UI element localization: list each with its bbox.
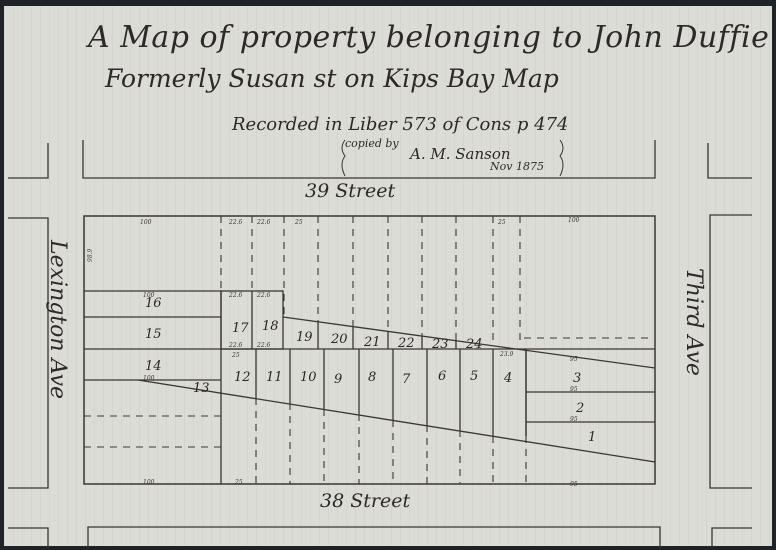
- lot-15-label: 15: [145, 327, 162, 342]
- lot-24-label: 24: [465, 337, 483, 352]
- lot-21-label: 21: [363, 335, 381, 350]
- lot-23-label: 23: [431, 337, 449, 352]
- dim-lot17-top: 22.6: [228, 292, 243, 299]
- dim-lot17-bottom: 22.6: [228, 342, 243, 349]
- dim-bottom-lot: 25: [234, 479, 243, 486]
- lot-4-label: 4: [503, 371, 512, 386]
- lot-10-label: 10: [300, 370, 317, 385]
- dim-west-depth: 98.9: [87, 248, 94, 262]
- copied-by-label: copied by: [345, 137, 399, 150]
- dim-lot4-top: 23.9: [499, 351, 514, 358]
- lot-20-label: 20: [330, 332, 348, 347]
- map-title: A Map of property belonging to John Duff…: [88, 20, 769, 55]
- lot-1-label: 1: [588, 430, 596, 445]
- lot-5-label: 5: [470, 369, 478, 384]
- lot-17-label: 17: [232, 321, 249, 336]
- recording-note: Recorded in Liber 573 of Cons p 474: [232, 114, 569, 135]
- dim-top-b: 22.6: [256, 219, 271, 226]
- dim-lot12-top: 25: [231, 352, 240, 359]
- dim-lot3-depth: 95: [570, 356, 578, 363]
- lot-12-label: 12: [234, 370, 251, 385]
- dim-lot16: 100: [143, 292, 155, 299]
- map-subtitle: Formerly Susan st on Kips Bay Map: [105, 64, 559, 93]
- dim-lot1-depth: 95: [570, 416, 578, 423]
- dim-top-a: 22.6: [228, 219, 243, 226]
- street-label-39th: 39 Street: [305, 180, 395, 202]
- lot-22-label: 22: [397, 336, 415, 351]
- lot-7-label: 7: [402, 372, 411, 387]
- dim-bottom-right: 95: [570, 481, 578, 488]
- dim-top-c: 25: [294, 219, 303, 226]
- dim-lot2-depth: 95: [570, 386, 578, 393]
- dim-lot14: 100: [143, 375, 155, 382]
- lot-8-label: 8: [368, 370, 376, 385]
- dim-lot18-bottom: 22.6: [256, 342, 271, 349]
- dim-lot18-top: 22.6: [256, 292, 271, 299]
- lot-13-label: 13: [193, 381, 210, 396]
- lot-6-label: 6: [438, 369, 446, 384]
- lot-19-label: 19: [296, 330, 313, 345]
- dim-top-right: 100: [568, 217, 580, 224]
- lot-3-label: 3: [573, 371, 581, 386]
- lot-9-label: 9: [334, 372, 342, 387]
- lot-11-label: 11: [266, 370, 283, 385]
- lot-18-label: 18: [262, 319, 279, 334]
- street-label-third-ave: Third Ave: [681, 268, 706, 376]
- dim-bottom-left: 100: [143, 479, 155, 486]
- lot-14-label: 14: [145, 359, 162, 374]
- street-label-lexington-ave: Lexington Ave: [45, 240, 70, 399]
- street-label-38th: 38 Street: [320, 490, 410, 512]
- block-outline: [84, 216, 655, 484]
- copy-date: Nov 1875: [490, 160, 544, 173]
- lot-2-label: 2: [575, 401, 584, 416]
- dim-top-left: 100: [140, 219, 152, 226]
- dim-top-d: 25: [497, 219, 506, 226]
